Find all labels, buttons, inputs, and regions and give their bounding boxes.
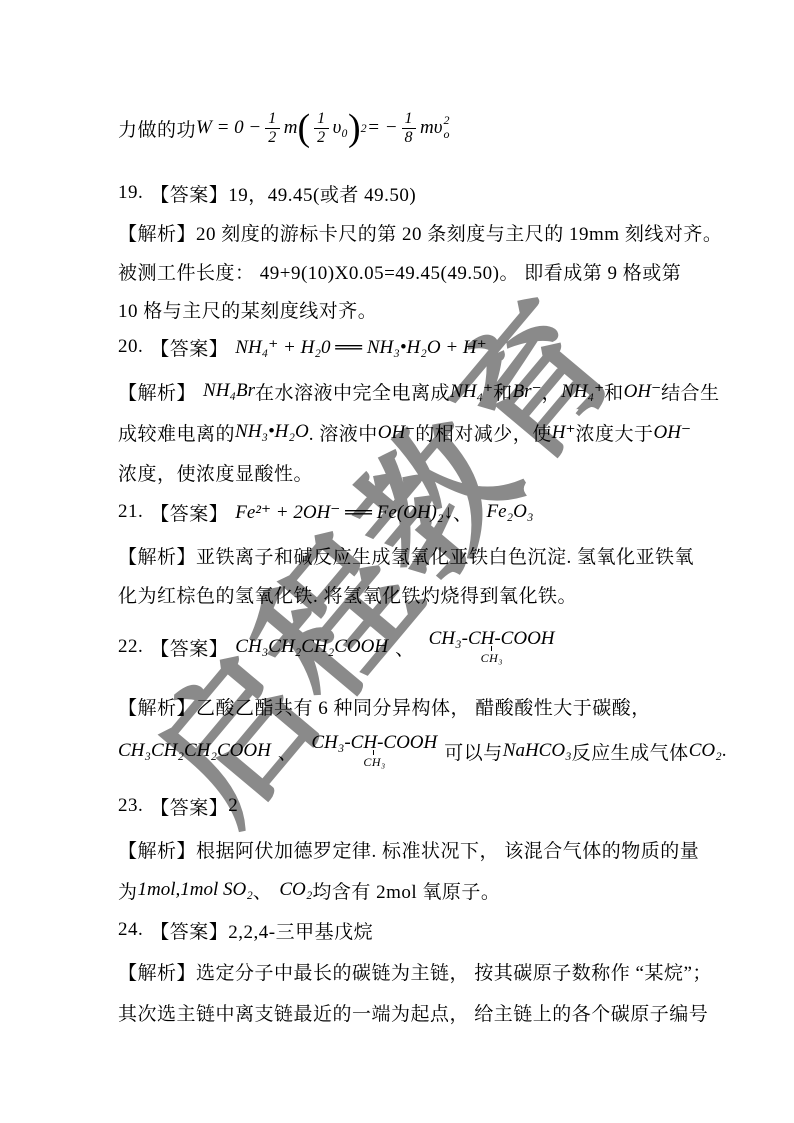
- q20-number: 20.: [118, 336, 143, 358]
- q22-number: 22.: [118, 636, 143, 658]
- formula-seg3: υ₀: [333, 117, 348, 139]
- q23-analysis-line-2: 为 1mol,1mol SO₂ 、 CO₂ 均含有 2mol 氧原子。: [118, 867, 500, 913]
- q22-analysis-line-2: CH₃CH₂CH₂COOH 、 CH₃-CH-COOH CH₃ 可以与 NaHC…: [118, 722, 727, 780]
- chem-CO2: CO₂: [279, 879, 312, 901]
- q23-answer-value: 2: [228, 795, 238, 817]
- chem-butanoic-acid: CH₃CH₂CH₂COOH: [235, 636, 388, 658]
- q19-analysis-text-2: 被测工件长度： 49+9(10)X0.05=49.45(49.50)。 即看成第…: [118, 258, 681, 285]
- answer-label: 【答案】: [150, 180, 228, 207]
- chem-isobutyric-acid: CH₃-CH-COOH CH₃: [311, 732, 437, 770]
- chem-NH4: NH₄⁺: [561, 380, 604, 403]
- q24-analysis-line-1: 【解析】 选定分子中最长的碳链为主链， 按其碳原子数称作 “某烷”；: [118, 950, 712, 992]
- q21-answer-equation: Fe²⁺ + 2OH⁻ ══ Fe(OH)₂↓: [235, 501, 453, 524]
- q20-analysis-text-3: 浓度，使浓度显酸性。: [118, 459, 313, 486]
- answer-label: 【答案】: [150, 634, 228, 661]
- q22-analysis-line-1: 【解析】 乙酸乙酯共有 6 种同分异构体， 醋酸酸性大于碳酸，: [118, 685, 651, 727]
- q23-answer-line: 23. 【答案】 2: [118, 785, 238, 827]
- chem-OH: OH⁻: [378, 421, 415, 444]
- answer-label: 【答案】: [150, 917, 228, 944]
- q19-answer-value: 19，49.45(或者 49.50): [228, 180, 416, 207]
- chem-butanoic-acid: CH₃CH₂CH₂COOH: [118, 740, 271, 762]
- q20-analysis-line-2: 成较难电离的 NH₃•H₂O . 溶液中 OH⁻ 的相对减少，使 H⁺ 浓度大于…: [118, 409, 691, 455]
- q23-analysis-line-1: 【解析】 根据阿伏加德罗定律. 标准状况下， 该混合气体的物质的量: [118, 828, 699, 870]
- formula-seg1: W = 0 −: [196, 117, 261, 139]
- chem-branch-CH3: CH₃: [363, 755, 385, 770]
- q19-analysis-line-1: 【解析】 20 刻度的游标卡尺的第 20 条刻度与主尺的 19mm 刻线对齐。: [118, 211, 722, 253]
- analysis-label: 【解析】: [118, 542, 196, 569]
- formula-seg5: mυ: [420, 117, 442, 139]
- q24-answer-line: 24. 【答案】 2,2,4-三甲基戊烷: [118, 909, 373, 951]
- chem-Br: Br⁻: [513, 380, 542, 403]
- document-page: 启程教育 力做的功 W = 0 − 1 2 m ( 1 2 υ₀ ) 2 = −…: [0, 0, 794, 1123]
- chem-NH4Br: NH₄Br: [203, 380, 255, 402]
- q22-answer-separator: 、: [395, 634, 415, 661]
- q21-number: 21.: [118, 501, 143, 523]
- answer-label: 【答案】: [150, 334, 228, 361]
- answer-label: 【答案】: [150, 793, 228, 820]
- q21-analysis-text-1: 亚铁离子和碱反应生成氢氧化亚铁白色沉淀. 氢氧化亚铁氧: [196, 542, 694, 569]
- page-content: 力做的功 W = 0 − 1 2 m ( 1 2 υ₀ ) 2 = − 1 8 …: [0, 0, 794, 1123]
- chem-isobutyric-acid: CH₃-CH-COOH CH₃: [429, 628, 555, 666]
- q23-analysis-separator: 、: [253, 877, 273, 904]
- analysis-label: 【解析】: [118, 958, 196, 985]
- fraction-1: 1 2: [265, 110, 280, 146]
- analysis-label: 【解析】: [118, 219, 196, 246]
- q23-number: 23.: [118, 795, 143, 817]
- q19-answer-line: 19. 【答案】 19，49.45(或者 49.50): [118, 172, 416, 214]
- q21-analysis-line-2: 化为红棕色的氢氧化铁. 将氢氧化铁灼烧得到氧化铁。: [118, 573, 577, 615]
- analysis-label: 【解析】: [118, 378, 196, 405]
- q19-number: 19.: [118, 182, 143, 204]
- formula-lead-text: 力做的功: [118, 115, 196, 142]
- chem-NaHCO3: NaHCO₃: [503, 740, 572, 762]
- q24-answer-value: 2,2,4-三甲基戊烷: [228, 917, 373, 944]
- analysis-label: 【解析】: [118, 836, 196, 863]
- fraction-2: 1 2: [314, 110, 329, 146]
- answer-label: 【答案】: [150, 499, 228, 526]
- q22-answer-line: 22. 【答案】 CH₃CH₂CH₂COOH 、 CH₃-CH-COOH CH₃: [118, 618, 555, 676]
- q24-analysis-text-2: 其次选主链中离支链最近的一端为起点， 给主链上的各个碳原子编号: [118, 999, 708, 1026]
- supsub-v: 2 o: [443, 114, 450, 142]
- q20-analysis-line-1: 【解析】 NH₄Br 在水溶液中完全电离成 NH₄⁺ 和 Br⁻ ， NH₄⁺ …: [118, 368, 720, 414]
- q22-analysis-text-1: 乙酸乙酯共有 6 种同分异构体， 醋酸酸性大于碳酸，: [196, 693, 651, 720]
- q23-analysis-text-1: 根据阿伏加德罗定律. 标准状况下， 该混合气体的物质的量: [196, 836, 699, 863]
- fraction-3: 1 8: [402, 110, 417, 146]
- analysis-label: 【解析】: [118, 693, 196, 720]
- chem-branch-CH3: CH₃: [481, 651, 503, 666]
- chem-H: H⁺: [552, 421, 576, 444]
- chem-NH4: NH₄⁺: [450, 380, 493, 403]
- open-paren: (: [297, 113, 310, 143]
- q24-analysis-line-2: 其次选主链中离支链最近的一端为起点， 给主链上的各个碳原子编号: [118, 991, 708, 1033]
- q19-analysis-text-1: 20 刻度的游标卡尺的第 20 条刻度与主尺的 19mm 刻线对齐。: [196, 219, 722, 246]
- q21-answer-separator: 、: [453, 499, 473, 526]
- chem-Fe2O3: Fe₂O₃: [487, 501, 534, 523]
- chem-NH3H2O: NH₃•H₂O: [235, 421, 309, 443]
- q19-analysis-text-3: 10 格与主尺的某刻度线对齐。: [118, 296, 377, 323]
- q20-answer-equation: NH₄⁺ + H₂0 ══ NH₃•H₂O + H⁺: [235, 336, 486, 359]
- physics-formula-line: 力做的功 W = 0 − 1 2 m ( 1 2 υ₀ ) 2 = − 1 8 …: [118, 98, 450, 158]
- q19-analysis-line-2: 被测工件长度： 49+9(10)X0.05=49.45(49.50)。 即看成第…: [118, 250, 681, 292]
- q20-answer-line: 20. 【答案】 NH₄⁺ + H₂0 ══ NH₃•H₂O + H⁺: [118, 324, 487, 370]
- q21-analysis-line-1: 【解析】 亚铁离子和碱反应生成氢氧化亚铁白色沉淀. 氢氧化亚铁氧: [118, 534, 694, 576]
- q22-analysis-separator: 、: [278, 738, 298, 765]
- q24-analysis-text-1: 选定分子中最长的碳链为主链， 按其碳原子数称作 “某烷”；: [196, 958, 712, 985]
- chem-1mol-SO2: 1mol,1mol SO₂: [138, 879, 253, 901]
- chem-OH: OH⁻: [654, 421, 691, 444]
- formula-seg2: m: [284, 117, 298, 139]
- q21-answer-line: 21. 【答案】 Fe²⁺ + 2OH⁻ ══ Fe(OH)₂↓ 、 Fe₂O₃: [118, 489, 534, 535]
- chem-OH: OH⁻: [624, 380, 661, 403]
- close-paren: ): [348, 113, 361, 143]
- formula-seg4: = −: [367, 117, 397, 139]
- chem-CO2: CO₂: [689, 740, 722, 762]
- q20-analysis-line-3: 浓度，使浓度显酸性。: [118, 451, 313, 493]
- q21-analysis-text-2: 化为红棕色的氢氧化铁. 将氢氧化铁灼烧得到氧化铁。: [118, 581, 577, 608]
- q24-number: 24.: [118, 919, 143, 941]
